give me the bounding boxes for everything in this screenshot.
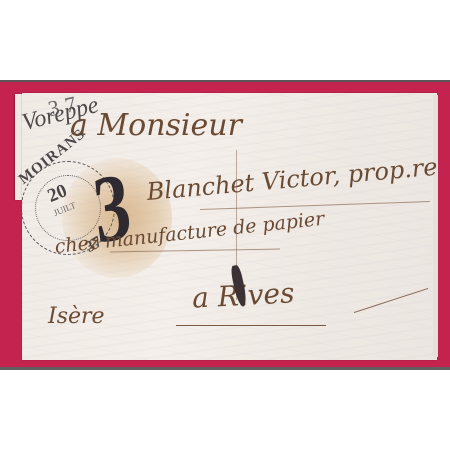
- address-region: Isère: [48, 304, 105, 329]
- letter-right-fold: [433, 95, 438, 357]
- underline-destination: [176, 325, 326, 326]
- address-salutation: a Monsieur: [70, 108, 242, 143]
